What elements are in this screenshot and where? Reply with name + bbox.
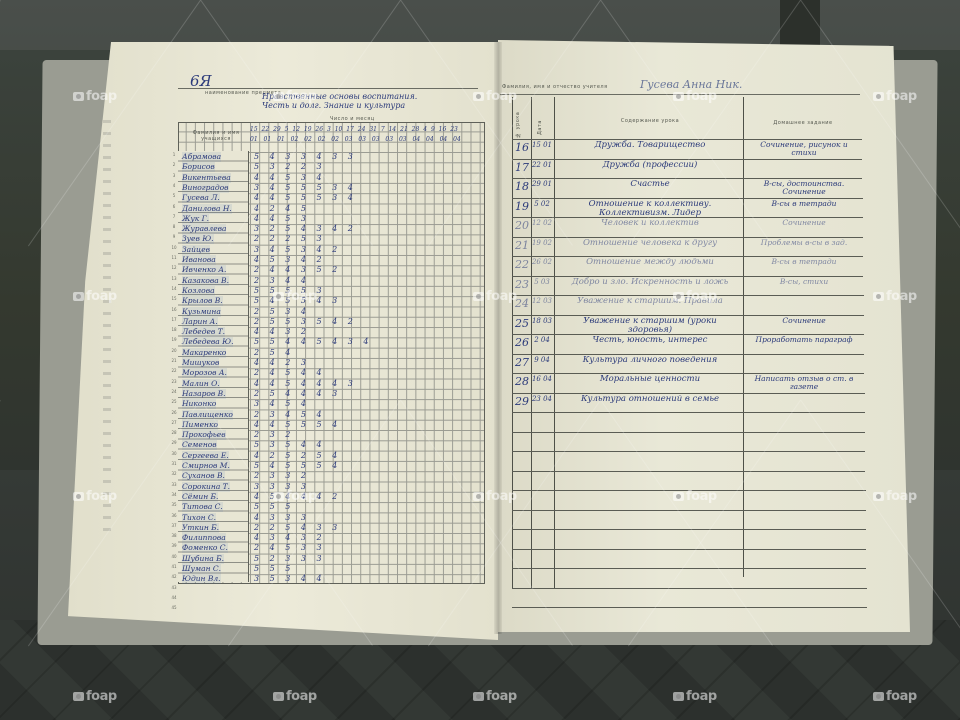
student-marks: 2 5 4 4 4 3	[254, 389, 337, 399]
student-name: Тихон С.	[182, 513, 216, 523]
foap-watermark: foap	[273, 289, 317, 304]
student-marks: 5 3 2 2 3	[254, 162, 322, 172]
watermark-text: foap	[486, 689, 517, 704]
student-name: Лебедев Т.	[182, 327, 225, 337]
row-number: 43	[168, 585, 180, 590]
foap-watermark: foap	[873, 489, 917, 504]
student-marks: 2 3 4 4	[254, 276, 306, 286]
lesson-number: 26	[515, 336, 529, 349]
row-line	[512, 412, 865, 413]
student-name: Титова С.	[182, 502, 223, 512]
student-name: Прокофьев	[182, 430, 226, 440]
student-name: Иванова	[182, 255, 216, 265]
student-marks: 4 2 5 2 5 4	[254, 451, 337, 461]
lesson-number: 22	[515, 258, 529, 271]
lesson-topic: Уважение к старшим (уроки здоровья)	[560, 317, 740, 335]
row-number: 26	[168, 410, 180, 415]
student-name: Казакова В.	[182, 276, 229, 286]
foap-watermark: foap	[873, 689, 917, 704]
camera-icon	[273, 492, 284, 501]
lesson-date: 5 03	[531, 278, 553, 286]
foap-watermark: foap	[473, 89, 517, 104]
student-marks: 2 5 5 3 5 4 2	[254, 317, 353, 327]
student-name: Филиппова	[182, 533, 226, 543]
student-name: Зайцев	[182, 245, 210, 255]
camera-icon	[473, 492, 484, 501]
camera-icon	[873, 92, 884, 101]
row-line	[512, 588, 867, 589]
lesson-homework: В-сы в тетради	[748, 258, 860, 266]
watermark-text: foap	[886, 689, 917, 704]
student-marks: 3 4 5 4	[254, 399, 306, 409]
foap-watermark: foap	[273, 689, 317, 704]
camera-icon	[473, 692, 484, 701]
student-marks: 4 4 5 5 5 4	[254, 420, 337, 430]
student-name: Пименко	[182, 420, 218, 430]
foap-watermark: foap	[73, 489, 117, 504]
lesson-topic: Культура личного поведения	[560, 356, 740, 365]
lesson-number: 25	[515, 317, 529, 330]
row-number: 23	[168, 379, 180, 384]
row-number: 34	[168, 492, 180, 497]
row-number: 38	[168, 533, 180, 538]
lesson-topic: Дружба. Товарищество	[560, 141, 740, 150]
lesson-date: 18 03	[531, 317, 553, 325]
camera-icon	[273, 292, 284, 301]
row-number: 17	[168, 317, 180, 322]
watermark-text: foap	[886, 489, 917, 504]
lesson-number: 27	[515, 356, 529, 369]
student-marks: 3 4 5 3 4 2	[254, 245, 337, 255]
row-number: 18	[168, 327, 180, 332]
student-name: Гусева Л.	[182, 193, 220, 203]
foap-watermark: foap	[73, 289, 117, 304]
row-number: 20	[168, 348, 180, 353]
watermark-text: foap	[286, 89, 317, 104]
camera-icon	[673, 692, 684, 701]
lesson-number: 28	[515, 375, 529, 388]
lesson-date: 22 01	[531, 161, 553, 169]
row-number: 4	[168, 183, 180, 188]
student-name: Уткин Б.	[182, 523, 219, 533]
watermark-text: foap	[286, 689, 317, 704]
lesson-number: 16	[515, 141, 529, 154]
camera-icon	[873, 292, 884, 301]
foap-watermark: foap	[873, 89, 917, 104]
student-marks: 5 4 3 3 4 3 3	[254, 152, 353, 162]
student-name: Кузьмина	[182, 307, 221, 317]
student-marks: 2 4 4 3 5 2	[254, 265, 337, 275]
row-number: 36	[168, 513, 180, 518]
foap-watermark: foap	[73, 89, 117, 104]
foap-watermark: foap	[273, 89, 317, 104]
student-name: Ларин А.	[182, 317, 218, 327]
student-marks: 2 2 5 4 3 3	[254, 523, 337, 533]
student-marks: 2 2 2 5 3	[254, 234, 322, 244]
camera-icon	[273, 92, 284, 101]
student-marks: 2 5 4	[254, 348, 290, 358]
row-number: 22	[168, 368, 180, 373]
student-marks: 5 4 5 5 5 4	[254, 461, 337, 471]
row-line	[512, 471, 865, 472]
student-name: Макаренко	[182, 348, 226, 358]
camera-icon	[473, 92, 484, 101]
watermark-text: foap	[686, 689, 717, 704]
camera-icon	[73, 692, 84, 701]
row-number: 3	[168, 173, 180, 178]
col-line	[512, 97, 513, 589]
watermark-text: foap	[486, 289, 517, 304]
lesson-number: 19	[515, 200, 529, 213]
row-number: 9	[168, 234, 180, 239]
watermark-text: foap	[286, 289, 317, 304]
lesson-homework: Проработать параграф	[748, 336, 860, 344]
student-marks: 4 4 5 4 4 4 3	[254, 379, 353, 389]
student-marks: 3 2 5 4 3 4 2	[254, 224, 353, 234]
lesson-number: 20	[515, 219, 529, 232]
student-name: Борисов	[182, 162, 215, 172]
lesson-date: 29 01	[531, 180, 553, 188]
camera-icon	[673, 292, 684, 301]
camera-icon	[73, 92, 84, 101]
student-marks: 4 4 5 3	[254, 214, 306, 224]
camera-icon	[73, 292, 84, 301]
row-line	[512, 568, 866, 569]
row-number: 2	[168, 162, 180, 167]
row-number: 16	[168, 307, 180, 312]
lesson-topic: Счастье	[560, 180, 740, 189]
row-number: 32	[168, 471, 180, 476]
watermark-text: foap	[686, 489, 717, 504]
student-name: Козлова	[182, 286, 215, 296]
watermark-text: foap	[686, 289, 717, 304]
camera-icon	[73, 492, 84, 501]
student-marks: 2 5 3 4	[254, 307, 306, 317]
row-number: 8	[168, 224, 180, 229]
student-name: Сергеева Е.	[182, 451, 229, 461]
row-number: 25	[168, 399, 180, 404]
camera-icon	[473, 292, 484, 301]
student-marks: 4 3 4 3 2	[254, 533, 322, 543]
row-number: 44	[168, 595, 180, 600]
lesson-topic: Добро и зло. Искренность и ложь	[560, 278, 740, 287]
row-number: 33	[168, 482, 180, 487]
lesson-number: 23	[515, 278, 529, 291]
row-number: 12	[168, 265, 180, 270]
lesson-date: 16 04	[531, 375, 553, 383]
student-name: Фоменко С.	[182, 543, 228, 553]
lesson-date: 23 04	[531, 395, 553, 403]
camera-icon	[873, 492, 884, 501]
row-number: 13	[168, 276, 180, 281]
row-number: 10	[168, 245, 180, 250]
watermark-text: foap	[486, 89, 517, 104]
date-header: Дата	[537, 115, 543, 135]
student-name: Абрамова	[182, 152, 221, 162]
watermark-text: foap	[86, 689, 117, 704]
lesson-homework: Сочинение	[748, 317, 860, 325]
student-marks: 4 5 3 4 2	[254, 255, 322, 265]
dates-caption: Число и месяц	[330, 116, 375, 122]
col-line	[743, 97, 744, 577]
watermark-text: foap	[86, 489, 117, 504]
lesson-homework: В-сы в тетради	[748, 200, 860, 208]
student-name: Лебедева Ю.	[182, 337, 233, 347]
watermark-text: foap	[486, 489, 517, 504]
lesson-number: 21	[515, 239, 529, 252]
row-number: 21	[168, 358, 180, 363]
row-number: 40	[168, 554, 180, 559]
row-number: 27	[168, 420, 180, 425]
dates-row-1: 15 22 29 5 12 19 26 3 10 17 24 31 7 14 2…	[250, 126, 480, 134]
student-marks: 5 5 4 4 5 4 3 4	[254, 337, 369, 347]
watermark-text: foap	[686, 89, 717, 104]
lesson-homework: В-сы, стихи	[748, 278, 860, 286]
row-line	[512, 510, 866, 511]
watermark-text: foap	[86, 289, 117, 304]
lesson-homework: Проблемы в-сы в зад.	[748, 239, 860, 247]
row-number: 41	[168, 564, 180, 569]
watermark-text: foap	[286, 489, 317, 504]
lesson-date: 9 04	[531, 356, 553, 364]
row-number: 19	[168, 337, 180, 342]
row-number: 14	[168, 286, 180, 291]
student-name: Мишуков	[182, 358, 219, 368]
lesson-date: 15 01	[531, 141, 553, 149]
camera-icon	[873, 692, 884, 701]
lesson-homework: Сочинение, рисунок и стихи	[748, 141, 860, 157]
row-line	[512, 549, 866, 550]
row-number: 31	[168, 461, 180, 466]
lesson-date: 2 04	[531, 336, 553, 344]
student-marks: 5 3 5 4 4	[254, 440, 322, 450]
student-name: Крылов В.	[182, 296, 223, 306]
names-header: Фамилия и имя учащихся	[188, 130, 244, 142]
lesson-date: 12 02	[531, 219, 553, 227]
student-name: Малин О.	[182, 379, 220, 389]
lesson-number: 24	[515, 297, 529, 310]
margin-print	[103, 120, 111, 540]
homework-header: Домашнее задание	[748, 120, 858, 126]
watermark-text: foap	[886, 89, 917, 104]
row-number: 30	[168, 451, 180, 456]
foap-watermark: foap	[673, 689, 717, 704]
student-name: Ивченко А.	[182, 265, 226, 275]
lesson-topic: Честь, юность, интерес	[560, 336, 740, 345]
row-line	[512, 529, 866, 530]
student-name: Журавлева	[182, 224, 226, 234]
student-marks: 3 5 3 4 4	[254, 574, 322, 584]
student-name: Жук Г.	[182, 214, 209, 224]
row-number: 37	[168, 523, 180, 528]
student-marks: 2 4 5 3 3	[254, 543, 322, 553]
foap-watermark: foap	[473, 289, 517, 304]
student-name: Данилова Н.	[182, 204, 232, 214]
row-number: 24	[168, 389, 180, 394]
camera-icon	[673, 92, 684, 101]
lesson-topic: Человек и коллектив	[560, 219, 740, 228]
lesson-homework: Сочинение	[748, 219, 860, 227]
student-name: Викентьева	[182, 173, 231, 183]
row-line	[512, 432, 865, 433]
row-number: 1	[168, 152, 180, 157]
student-name: Морозов А.	[182, 368, 227, 378]
foap-watermark: foap	[673, 89, 717, 104]
student-marks: 2 3 4 5 4	[254, 410, 322, 420]
foap-watermark: foap	[673, 489, 717, 504]
row-number: 7	[168, 214, 180, 219]
student-name: Смирнов М.	[182, 461, 230, 471]
row-number: 11	[168, 255, 180, 260]
student-name: Семенов	[182, 440, 217, 450]
teacher-caption: Фамилия, имя и отчество учителя	[502, 84, 608, 90]
student-marks: 4 4 5 3 4	[254, 173, 322, 183]
foap-watermark: foap	[473, 489, 517, 504]
row-number: 45	[168, 605, 180, 610]
student-marks: 4 4 3 2	[254, 327, 306, 337]
student-name: Виноградов	[182, 183, 229, 193]
foap-watermark: foap	[673, 289, 717, 304]
col-line	[554, 97, 555, 589]
camera-icon	[673, 492, 684, 501]
foap-watermark: foap	[473, 689, 517, 704]
lesson-date: 19 02	[531, 239, 553, 247]
student-name: Суханов В.	[182, 471, 225, 481]
student-name: Шуман С.	[182, 564, 221, 574]
watermark-text: foap	[886, 289, 917, 304]
student-name: Юдин Вл.	[182, 574, 221, 584]
student-name: Сёмин Б.	[182, 492, 218, 502]
foap-watermark: foap	[73, 689, 117, 704]
student-marks: 2 3 2	[254, 430, 290, 440]
row-number: 15	[168, 296, 180, 301]
lesson-homework: В-сы, достоинства. Сочинение	[748, 180, 860, 196]
foap-watermark: foap	[273, 489, 317, 504]
student-name: Сорокина Т.	[182, 482, 230, 492]
row-number: 42	[168, 574, 180, 579]
lesson-date: 26 02	[531, 258, 553, 266]
student-name: Назаров В.	[182, 389, 226, 399]
dates-row-2: 01 01 01 02 02 02 02 03 03 03 03 03 04 0…	[250, 136, 480, 144]
subject-rule	[178, 88, 478, 89]
camera-icon	[273, 692, 284, 701]
student-name: Зуев Ю.	[182, 234, 214, 244]
lesson-date: 12 03	[531, 297, 553, 305]
row-line	[512, 607, 867, 608]
lesson-homework: Написать отзыв о ст. в газете	[748, 375, 860, 391]
lesson-topic: Культура отношений в семье	[560, 395, 740, 404]
student-marks: 2 3 3 2	[254, 471, 306, 481]
lesson-topic: Моральные ценности	[560, 375, 740, 384]
watermark-text: foap	[86, 89, 117, 104]
foap-watermark: foap	[873, 289, 917, 304]
row-number: 6	[168, 204, 180, 209]
student-marks: 4 4 2 3	[254, 358, 306, 368]
lesson-number: 29	[515, 395, 529, 408]
row-number: 35	[168, 502, 180, 507]
row-number: 39	[168, 543, 180, 548]
lesson-topic: Отношение между людьми	[560, 258, 740, 267]
lesson-topic: Отношение человека к другу	[560, 239, 740, 248]
row-number: 5	[168, 193, 180, 198]
student-marks: 2 4 5 4 4	[254, 368, 322, 378]
student-name: Шубина Б.	[182, 554, 224, 564]
student-marks: 4 2 4 5	[254, 204, 306, 214]
